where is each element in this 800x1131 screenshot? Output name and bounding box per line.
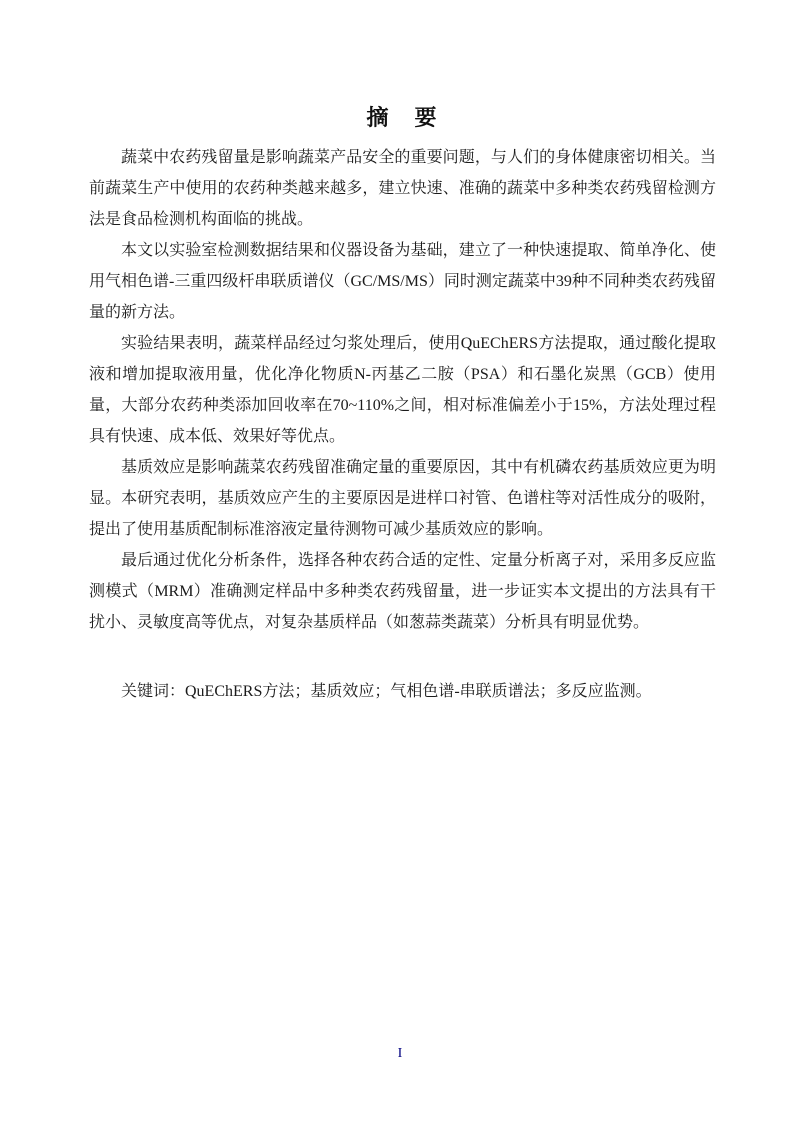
page-title: 摘 要 [89, 103, 716, 133]
keywords-line: 关键词：QuEChERS方法；基质效应；气相色谱-串联质谱法；多反应监测。 [89, 676, 716, 707]
abstract-paragraph-5: 最后通过优化分析条件，选择各种农药合适的定性、定量分析离子对，采用多反应监测模式… [89, 545, 716, 638]
abstract-body: 蔬菜中农药残留量是影响蔬菜产品安全的重要问题，与人们的身体健康密切相关。当前蔬菜… [89, 142, 716, 707]
abstract-paragraph-2: 本文以实验室检测数据结果和仪器设备为基础，建立了一种快速提取、简单净化、使用气相… [89, 235, 716, 328]
abstract-page: 摘 要 蔬菜中农药残留量是影响蔬菜产品安全的重要问题，与人们的身体健康密切相关。… [0, 0, 800, 1131]
page-number: I [398, 1046, 403, 1061]
abstract-paragraph-3: 实验结果表明，蔬菜样品经过匀浆处理后，使用QuEChERS方法提取，通过酸化提取… [89, 328, 716, 452]
page-footer: I [0, 1044, 800, 1062]
abstract-paragraph-4: 基质效应是影响蔬菜农药残留准确定量的重要原因，其中有机磷农药基质效应更为明显。本… [89, 452, 716, 545]
abstract-paragraph-1: 蔬菜中农药残留量是影响蔬菜产品安全的重要问题，与人们的身体健康密切相关。当前蔬菜… [89, 142, 716, 235]
